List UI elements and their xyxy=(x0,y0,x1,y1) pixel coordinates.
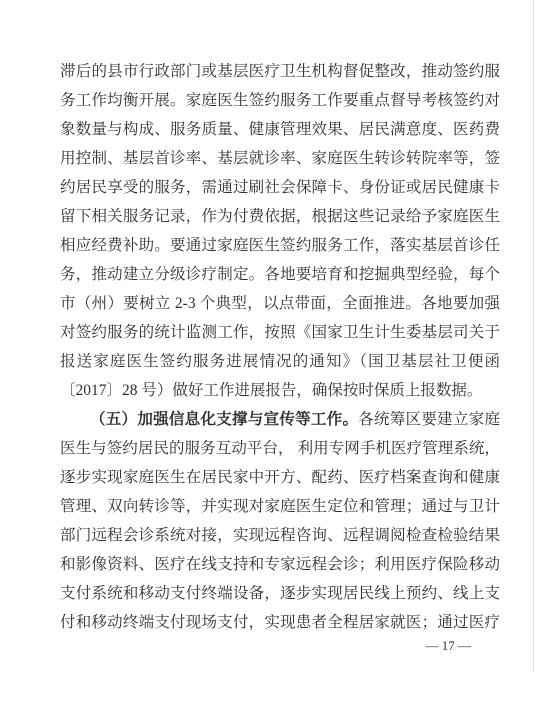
document-page: 滞后的县市行政部门或基层医疗卫生机构督促整改，推动签约服务工作均衡开展。家庭医生… xyxy=(0,0,537,727)
body-text: 滞后的县市行政部门或基层医疗卫生机构督促整改，推动签约服务工作均衡开展。家庭医生… xyxy=(60,57,500,637)
text-line: 市（州）要树立 2-3 个典型，以点带面，全面推进。各地要加强 xyxy=(60,289,500,318)
text-line: 用控制、基层首诊率、基层就诊率、家庭医生转诊转院率等，签 xyxy=(60,144,500,173)
text-line: 务，推动建立分级诊疗制定。各地要培育和挖掘典型经验，每个 xyxy=(60,260,500,289)
text-line: 滞后的县市行政部门或基层医疗卫生机构督促整改，推动签约服 xyxy=(60,57,500,86)
scan-edge-artifact xyxy=(533,0,534,672)
text-line: 约居民享受的服务，需通过刷社会保障卡、身份证或居民健康卡 xyxy=(60,173,500,202)
text-line: 医生与签约居民的服务互动平台， 利用专网手机医疗管理系统， xyxy=(60,434,500,463)
page-number: — 17 — xyxy=(426,638,472,653)
text-line: 逐步实现家庭医生在居民家中开方、配药、医疗档案查询和健康 xyxy=(60,463,500,492)
page-footer: — 17 — xyxy=(426,638,472,654)
text-line: 〔2017〕28 号）做好工作进展报告，确保按时保质上报数据。 xyxy=(60,376,500,405)
text-line: （五）加强信息化支撑与宣传等工作。各统筹区要建立家庭 xyxy=(60,405,500,434)
text-line: 对签约服务的统计监测工作，按照《国家卫生计生委基层司关于 xyxy=(60,318,500,347)
text-line: 支付系统和移动支付终端设备，逐步实现居民线上预约、线上支 xyxy=(60,579,500,608)
text-line: 和影像资料、医疗在线支持和专家远程会诊；利用医疗保险移动 xyxy=(60,550,500,579)
section-heading: （五）加强信息化支撑与宣传等工作。 xyxy=(90,411,358,428)
text-line: 部门远程会诊系统对接，实现远程咨询、远程调阅检查检验结果 xyxy=(60,521,500,550)
text-line: 报送家庭医生签约服务进展情况的通知》（国卫基层社卫便函 xyxy=(60,347,500,376)
text-line: 留下相关服务记录，作为付费依据，根据这些记录给予家庭医生 xyxy=(60,202,500,231)
text-line: 付和移动终端支付现场支付，实现患者全程居家就医；通过医疗 xyxy=(60,608,500,637)
text-line: 管理、双向转诊等，并实现对家庭医生定位和管理；通过与卫计 xyxy=(60,492,500,521)
text-line: 相应经费补助。要通过家庭医生签约服务工作，落实基层首诊任 xyxy=(60,231,500,260)
text-line: 务工作均衡开展。家庭医生签约服务工作要重点督导考核签约对 xyxy=(60,86,500,115)
text-line: 象数量与构成、服务质量、健康管理效果、居民满意度、医药费 xyxy=(60,115,500,144)
